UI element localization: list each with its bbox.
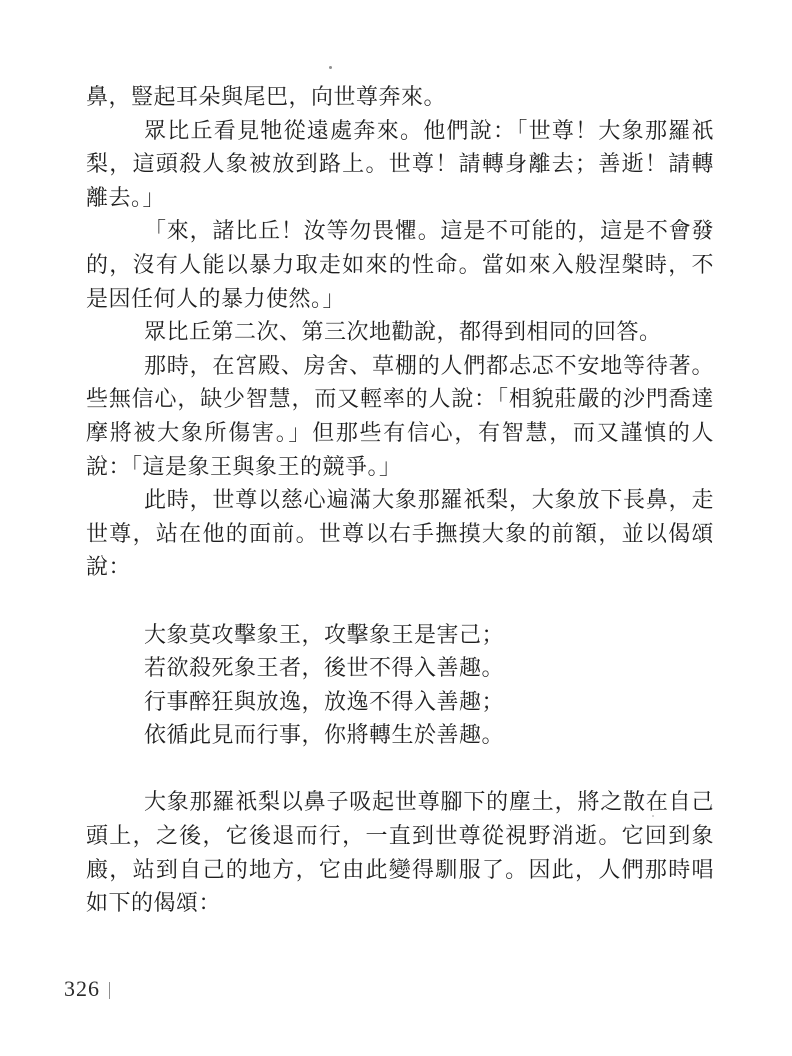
- book-page: 鼻，豎起耳朵與尾巴，向世尊奔來。眾比丘看見牠從遠處奔來。他們說：「世尊！大象那羅…: [0, 0, 792, 1056]
- text-line: 摩將被大象所傷害。」但那些有信心，有智慧，而又謹慎的人: [86, 416, 714, 450]
- blank-line: [86, 584, 714, 618]
- verse-line: 依循此見而行事，你將轉生於善趣。: [86, 718, 714, 752]
- text-line: 些無信心，缺少智慧，而又輕率的人說：「相貌莊嚴的沙門喬達: [86, 382, 714, 416]
- verse-line: 若欲殺死象王者，後世不得入善趣。: [86, 651, 714, 685]
- verse-line: 行事醉狂與放逸，放逸不得入善趣；: [86, 685, 714, 719]
- text-line: 那時，在宮殿、房舍、草棚的人們都忐忑不安地等待著。那: [86, 349, 714, 383]
- page-footer: 326: [64, 972, 110, 1006]
- text-line: 「來，諸比丘！汝等勿畏懼。這是不可能的，這是不會發生: [86, 214, 714, 248]
- text-line: 說：「這是象王與象王的競爭。」: [86, 450, 714, 484]
- text-line: 世尊，站在他的面前。世尊以右手撫摸大象的前額，並以偈頌: [86, 517, 714, 551]
- text-line: 如下的偈頌：: [86, 886, 714, 920]
- text-line: 離去。」: [86, 181, 714, 215]
- scan-speck: [329, 66, 332, 69]
- page-number: 326: [64, 976, 100, 1001]
- body-text: 鼻，豎起耳朵與尾巴，向世尊奔來。眾比丘看見牠從遠處奔來。他們說：「世尊！大象那羅…: [86, 80, 714, 920]
- text-line: 眾比丘看見牠從遠處奔來。他們說：「世尊！大象那羅祇: [86, 114, 714, 148]
- text-line: 的，沒有人能以暴力取走如來的性命。當如來入般涅槃時，不會: [86, 248, 714, 282]
- text-line: 此時，世尊以慈心遍滿大象那羅祇梨，大象放下長鼻，走向: [86, 483, 714, 517]
- text-line: 眾比丘第二次、第三次地勸說，都得到相同的回答。: [86, 315, 714, 349]
- text-line: 頭上，之後，它後退而行，一直到世尊從視野消逝。它回到象: [86, 819, 714, 853]
- blank-line: [86, 752, 714, 786]
- folio-divider-bar: [109, 982, 110, 999]
- text-line: 梨，這頭殺人象被放到路上。世尊！請轉身離去；善逝！請轉身: [86, 147, 714, 181]
- text-line: 鼻，豎起耳朵與尾巴，向世尊奔來。: [86, 80, 714, 114]
- verse-line: 大象莫攻擊象王，攻擊象王是害己；: [86, 618, 714, 652]
- text-line: 廄，站到自己的地方，它由此變得馴服了。因此，人們那時唱出: [86, 853, 714, 887]
- text-line: 大象那羅祇梨以鼻子吸起世尊腳下的塵土，將之散在自己的: [86, 785, 714, 819]
- text-line: 說：: [86, 550, 714, 584]
- text-line: 是因任何人的暴力使然。」: [86, 282, 714, 316]
